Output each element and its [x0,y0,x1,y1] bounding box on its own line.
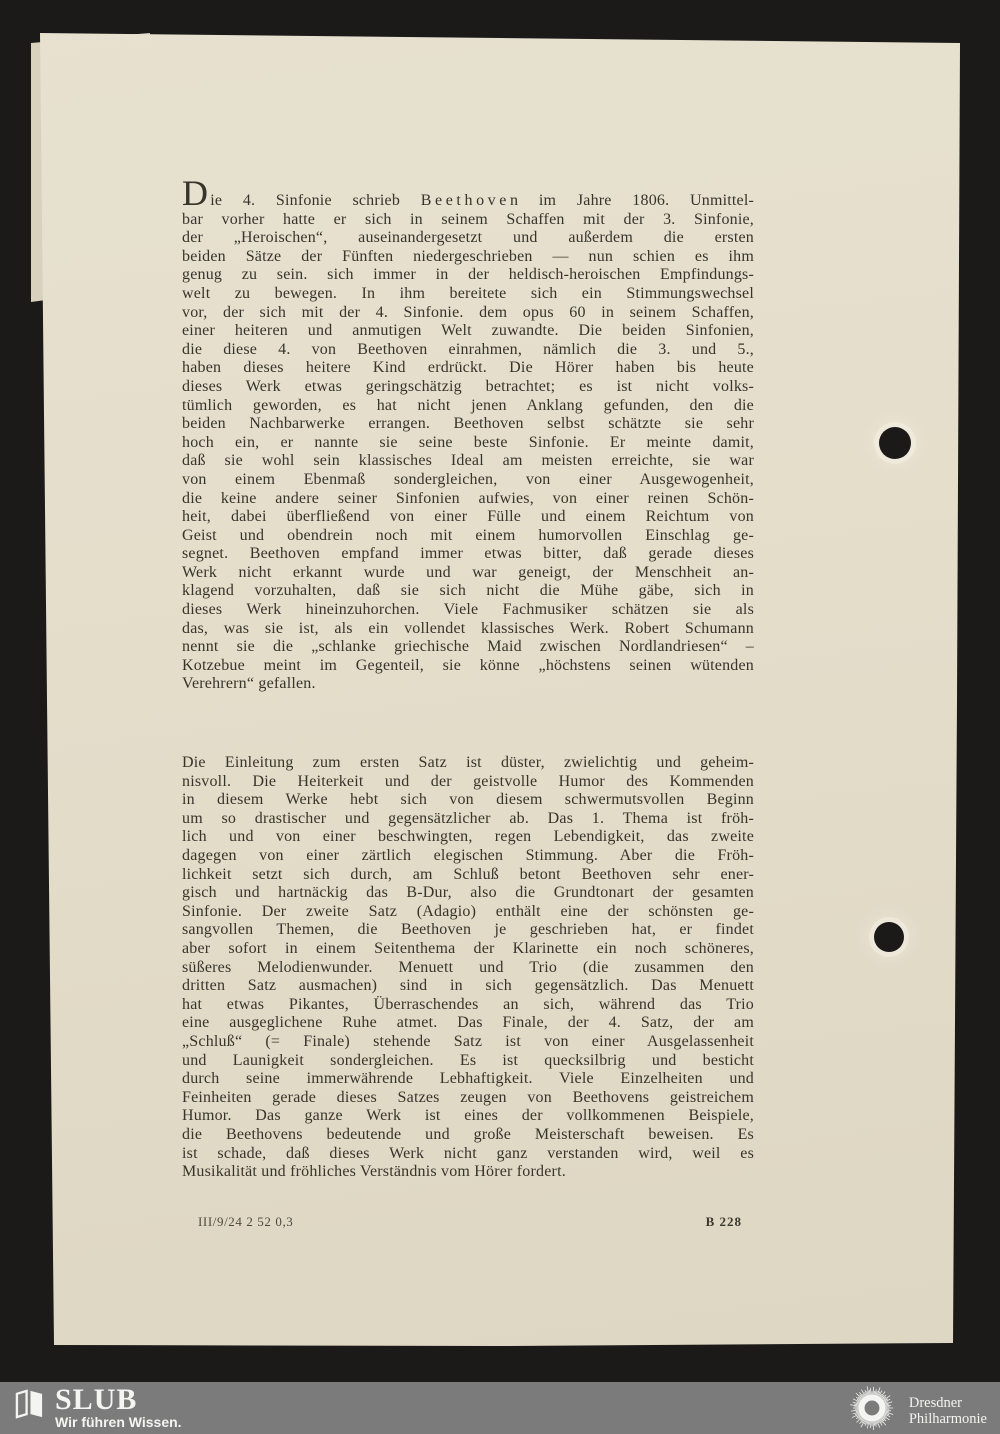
text-line: einer heiteren und anmutigen Welt zuwand… [182,322,754,341]
text-line: die keine andere seiner Sinfonien aufwie… [182,490,754,509]
text-line: lich und von einer beschwingten, regen L… [182,828,754,847]
page-imprint-row: III/9/24 2 52 0,3 B 228 [182,1214,754,1230]
text-line: sangvollen Themen, die Beethoven je gesc… [182,921,754,940]
text-line: klagend vorzuhalten, daß sie sich nicht … [182,582,754,601]
text-line: genug zu sein. sich immer in der heldisc… [182,266,754,285]
text-line: ist schade, daß dieses Werk nicht ganz v… [182,1145,754,1164]
text-line: „Schluß“ (= Finale) stehende Satz ist vo… [182,1033,754,1052]
text-line: von einem Ebenmaß sondergleichen, von ei… [182,471,754,490]
slub-text-block: SLUB Wir führen Wissen. [55,1386,182,1431]
philharmonie-sunburst-icon [848,1384,896,1434]
text-line: daß sie wohl sein klassisches Ideal am m… [182,452,754,471]
slub-book-icon [14,1386,45,1424]
text-line: und Launigkeit sondergleichen. Es ist qu… [182,1052,754,1071]
text-line: vor, der sich mit der 4. Sinfonie. dem o… [182,304,754,323]
text-line: lichkeit setzt sich durch, am Schluß bet… [182,866,754,885]
text-line: durch seine immerwährende Lebhaftigkeit.… [182,1070,754,1089]
text-line: Humor. Das ganze Werk ist eines der voll… [182,1107,754,1126]
text-line: segnet. Beethoven empfand immer etwas bi… [182,545,754,564]
text-line: gisch und hartnäckig das B-Dur, also die… [182,884,754,903]
text-line: hoch ein, er nannte sie seine beste Sinf… [182,434,754,453]
philharmonie-name-line1: Dresdner [909,1395,987,1411]
text-line: bar vorher hatte er sich in seinem Schaf… [182,211,754,230]
text-line: Feinheiten gerade dieses Satzes zeugen v… [182,1089,754,1108]
philharmonie-name: Dresdner Philharmonie [909,1395,987,1427]
text-line: haben dieses heitere Kind erdrückt. Die … [182,359,754,378]
text-line: dieses Werk hineinzuhorchen. Viele Fachm… [182,601,754,620]
text-line: dieses Werk etwas geringschätzig betrach… [182,378,754,397]
initial-capital: D [182,173,208,213]
text-line: dagegen von einer zärtlich elegischen St… [182,847,754,866]
text-line: welt zu bewegen. In ihm bereitete sich e… [182,285,754,304]
philharmonie-name-line2: Philharmonie [909,1411,987,1427]
text-line: nisvoll. Die Heiterkeit und der geistvol… [182,773,754,792]
text-line: aber sofort in einem Seitenthema der Kla… [182,940,754,959]
text-line: Sinfonie. Der zweite Satz (Adagio) enthä… [182,903,754,922]
hole-punch-bottom [874,922,904,952]
viewer-canvas: Die 4. Sinfonie schrieb B e e t h o v e … [0,0,1000,1434]
text-line: Werk nicht erkannt wurde und war geneigt… [182,564,754,583]
text-line: der „Heroischen“, auseinandergesetzt und… [182,229,754,248]
text-line: um so drastischer und gegensätzlicher ab… [182,810,754,829]
text-line: Verehrern“ gefallen. [182,675,754,694]
slub-tagline: Wir führen Wissen. [55,1414,182,1431]
text-line: in diesem Werke hebt sich von diesem sch… [182,791,754,810]
paragraph-1: Die 4. Sinfonie schrieb B e e t h o v e … [182,192,754,694]
viewer-footer-bar: SLUB Wir führen Wissen. Dresdner Philhar… [0,1382,1000,1434]
text-line: dritten Satz ausmachen) sind in sich geg… [182,977,754,996]
scanned-page[interactable]: Die 4. Sinfonie schrieb B e e t h o v e … [0,0,1000,1434]
paragraph-2: Die Einleitung zum ersten Satz ist düste… [182,754,754,1182]
text-line: nennt sie die „schlanke griechische Maid… [182,638,754,657]
slub-wordmark: SLUB [55,1386,182,1414]
text-line: süßeres Melodienwunder. Menuett und Trio… [182,959,754,978]
text-line: Kotzebue meint im Gegenteil, sie könne „… [182,657,754,676]
dresdner-philharmonie-logo-link[interactable]: Dresdner Philharmonie [848,1384,987,1434]
text-line: beiden Nachbarwerke errangen. Beethoven … [182,415,754,434]
text-line: heit, dabei überfließend von einer Fülle… [182,508,754,527]
text-line: das, was sie ist, als ein vollendet klas… [182,620,754,639]
text-line: hat etwas Pikantes, Überraschendes an si… [182,996,754,1015]
hole-punch-top [879,427,911,459]
text-line: Musikalität und fröhliches Verständnis v… [182,1163,754,1182]
print-code: III/9/24 2 52 0,3 [198,1214,293,1230]
text-line: Geist und obendrein noch mit einem humor… [182,527,754,546]
text-line: Die Einleitung zum ersten Satz ist düste… [182,754,754,773]
text-line: tümlich geworden, es hat nicht jenen Ank… [182,397,754,416]
text-line: Die 4. Sinfonie schrieb B e e t h o v e … [182,192,754,211]
slub-logo-link[interactable]: SLUB Wir führen Wissen. [14,1386,182,1431]
text-line: die diese 4. von Beethoven einrahmen, nä… [182,341,754,360]
text-line: beiden Sätze der Fünften niedergeschrieb… [182,248,754,267]
program-number: B 228 [706,1214,742,1230]
text-line: die Beethovens bedeutende und große Meis… [182,1126,754,1145]
page-text-column: Die 4. Sinfonie schrieb B e e t h o v e … [182,192,754,1182]
text-line: eine ausgeglichene Ruhe atmet. Das Final… [182,1014,754,1033]
